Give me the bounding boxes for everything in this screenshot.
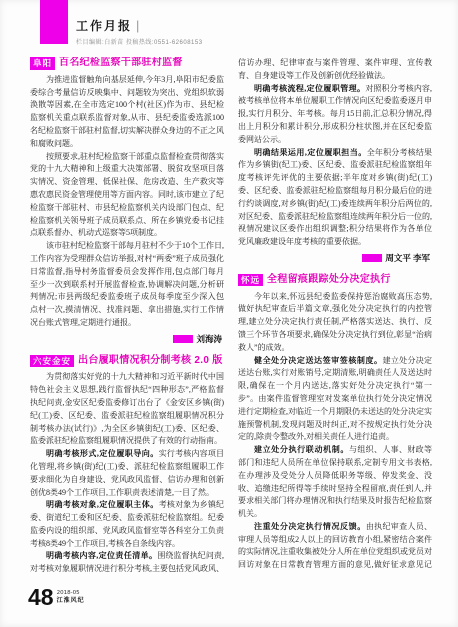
author-line: 周文平 李军 — [238, 252, 430, 265]
region-tag: 怀远 — [238, 274, 263, 287]
article-columns: 阜阳 百名纪检监察干部驻村监督 为推进监督触角向基层延伸,今年3月,阜阳市纪委监… — [30, 57, 432, 577]
paragraph: 明确考核流程,定位履职管理。对照积分考核内容,被考核单位将本单位履职工作情况向区… — [238, 83, 432, 147]
paragraph: 明确考核形式,定位履职导向。实行考核内容项目化管理,将乡镇(街)纪(工)委、派驻… — [30, 448, 224, 499]
article-heading: 六安金安 出台履职情况积分制考核 2.0 版 — [30, 355, 224, 368]
paragraph: 建立处分执行联动机制。与组织、人事、财政等部门和违纪人员所在单位保持联系,定制专… — [238, 444, 432, 521]
article-title: 百名纪检监察干部驻村监督 — [59, 57, 183, 70]
paragraph: 该市驻村纪检监察干部每月驻村不少于10个工作日,工作内容为受理群众信访举报,对村… — [30, 240, 224, 330]
paragraph: 为贯彻落实好党的十九大精神和习近平新时代中国特色社会主义思想,践行监督执纪“四种… — [30, 371, 224, 448]
footer-issue-block: 2018-05 江淮风纪 — [57, 590, 85, 604]
author-marker-icon — [362, 254, 382, 262]
paragraph: 今年以来,怀远县纪委监委保持惩治腐败高压态势,做好执纪审查后半篇文章,强化处分决… — [238, 291, 432, 355]
region-tag: 六安金安 — [30, 355, 74, 368]
author-name: 周文平 李军 — [385, 252, 430, 265]
title-divider: | — [136, 18, 141, 33]
author-name: 刘海涛 — [196, 333, 222, 346]
magazine-page: 工作月报 | 栏目编辑:白新苗 投稿热线:0551-62608153 阜阳 百名… — [0, 0, 458, 627]
author-marker-icon — [173, 335, 193, 343]
article-title: 出台履职情况积分制考核 2.0 版 — [78, 355, 223, 368]
article-fuyang: 阜阳 百名纪检监察干部驻村监督 为推进监督触角向基层延伸,今年3月,阜阳市纪委监… — [30, 57, 224, 346]
section-title-row: 工作月报 | — [76, 17, 203, 34]
paragraph: 明确结果运用,定位履职担当。全年积分考核结果作为乡镇街(纪工)委、区纪委、监委派… — [238, 147, 432, 249]
paragraph: 按照要求,驻村纪检监察干部重点监督检查贯彻落实党的十九大精神和上级重大决策部署、… — [30, 151, 224, 241]
region-tag: 阜阳 — [30, 57, 55, 70]
article-title: 全程留痕跟踪处分决定执行 — [267, 274, 391, 287]
masthead-color-block — [40, 0, 68, 44]
publication-name: 江淮风纪 — [57, 597, 85, 604]
masthead-meta: 栏目编辑:白新苗 投稿热线:0551-62608153 — [76, 37, 203, 46]
author-line: 刘海涛 — [30, 333, 222, 346]
page-number: 48 — [28, 586, 54, 608]
section-title: 工作月报 — [76, 17, 132, 34]
paragraph: 健全处分决定送达签审签核制度。建立处分决定送达台账,实行对账销号,定期清账,明确… — [238, 355, 432, 445]
paragraph: 为推进监督触角向基层延伸,今年3月,阜阳市纪委监委综合考量信访反映集中、问题较为… — [30, 74, 224, 151]
article-heading: 怀远 全程留痕跟踪处分决定执行 — [238, 274, 432, 287]
article-heading: 阜阳 百名纪检监察干部驻村监督 — [30, 57, 224, 70]
paragraph: 明确考核对象,定位履职主体。考核对象为乡镇纪委、街道纪工委和区纪委、监委派驻纪检… — [30, 499, 224, 550]
masthead: 工作月报 | 栏目编辑:白新苗 投稿热线:0551-62608153 — [76, 17, 203, 46]
page-footer: 48 2018-05 江淮风纪 — [28, 586, 85, 608]
